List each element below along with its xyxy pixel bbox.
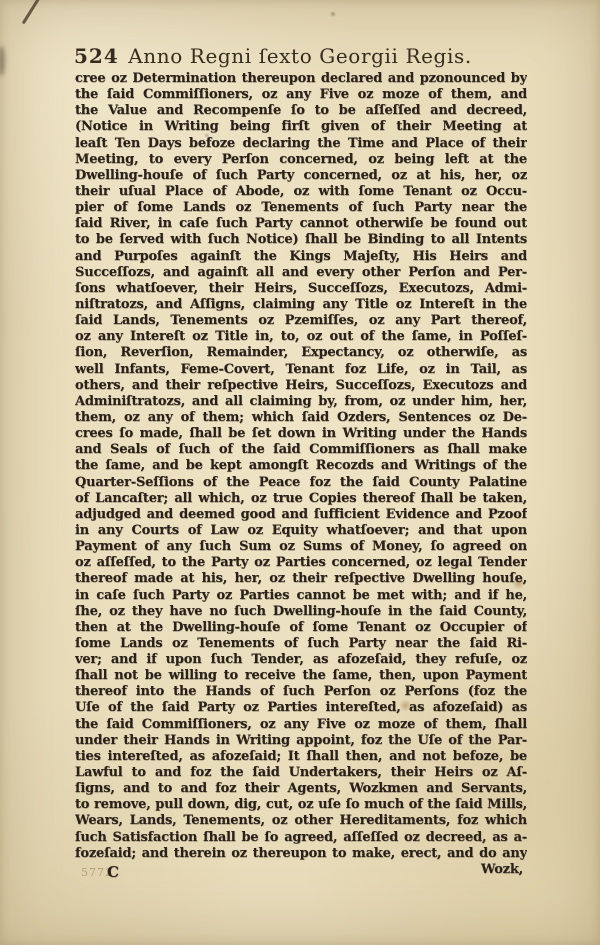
text-line: Wears, Lands, Tenements, oz other Heredi… xyxy=(75,813,527,829)
text-line: Succeſſozs, and againſt all and every ot… xyxy=(75,265,527,281)
text-line: (Notice in Writing being firſt given of … xyxy=(75,119,527,135)
text-line: ſaid River, in caſe ſuch Party cannot ot… xyxy=(75,216,527,232)
running-head: 524 Anno Regni ſexto Georgii Regis. xyxy=(0,44,600,68)
text-line: fozeſaid; and therein oz thereupon to ma… xyxy=(75,846,527,862)
foxing-spot xyxy=(330,11,336,17)
text-line: leaſt Ten Days befoze declaring the Time… xyxy=(75,136,527,152)
act-body-text: cree oz Determination thereupon declared… xyxy=(75,71,527,862)
text-line: the ſaid Commiſſioners, oz any Five oz m… xyxy=(75,717,527,733)
text-line: the ſame, and be kept amongſt Recozds an… xyxy=(75,458,527,474)
text-line: adjudged and deemed good and ſufficient … xyxy=(75,507,527,523)
text-line: ſome Lands oz Tenements of ſuch Party ne… xyxy=(75,636,527,652)
text-line: well Infants, Feme-Covert, Tenant foz Li… xyxy=(75,362,527,378)
page-footer: 5772 C Wozk, xyxy=(75,861,527,883)
text-line: ties intereſted, as afozeſaid; It ſhall … xyxy=(75,749,527,765)
signature-mark: C xyxy=(107,863,119,881)
text-line: Uſe of the ſaid Party oz Parties intereſ… xyxy=(75,700,527,716)
text-line: of Lancaſter; all which, oz true Copies … xyxy=(75,491,527,507)
text-line: in caſe ſuch Party oz Parties cannot be … xyxy=(75,588,527,604)
text-line: Lawful to and foz the ſaid Undertakers, … xyxy=(75,765,527,781)
text-line: ſhe, oz they have no ſuch Dwelling-houſe… xyxy=(75,604,527,620)
text-line: under their Hands in Writing appoint, fo… xyxy=(75,733,527,749)
text-line: the ſaid Commiſſioners, oz any Five oz m… xyxy=(75,87,527,103)
text-line: ſigns, and to and foz their Agents, Wozk… xyxy=(75,781,527,797)
text-line: thereof into the Hands of ſuch Perſon oz… xyxy=(75,684,527,700)
text-line: Payment of any ſuch Sum oz Sums of Money… xyxy=(75,539,527,555)
text-line: then at the Dwelling-houſe of ſome Tenan… xyxy=(75,620,527,636)
text-line: to remove, pull down, dig, cut, oz uſe ſ… xyxy=(75,797,527,813)
text-line: them, oz any of them; which ſaid Ozders,… xyxy=(75,410,527,426)
text-line: to be ſerved with ſuch Notice) ſhall be … xyxy=(75,232,527,248)
text-line: Adminiſtratozs, and all claiming by, fro… xyxy=(75,394,527,410)
text-line: Quarter-Seſſions of the Peace foz the ſa… xyxy=(75,475,527,491)
text-line: ſhall not be willing to receive the ſame… xyxy=(75,668,527,684)
text-line: cree oz Determination thereupon declared… xyxy=(75,71,527,87)
text-line: oz any Intereſt oz Title in, to, oz out … xyxy=(75,329,527,345)
text-line: Meeting, to every Perſon concerned, oz b… xyxy=(75,152,527,168)
text-line: in any Courts of Law oz Equity whatſoeve… xyxy=(75,523,527,539)
text-line: ſuch Satisfaction ſhall be ſo agreed, aſ… xyxy=(75,830,527,846)
text-line: crees ſo made, ſhall be ſet down in Writ… xyxy=(75,426,527,442)
text-line: Dwelling-houſe of ſuch Party concerned, … xyxy=(75,168,527,184)
text-line: ſion, Reverſion, Remainder, Expectancy, … xyxy=(75,345,527,361)
text-line: the Value and Recompenſe ſo to be aſſeſſ… xyxy=(75,103,527,119)
text-line: ſons whatſoever, their Heirs, Succeſſozs… xyxy=(75,281,527,297)
text-line: ver; and if upon ſuch Tender, as afozeſa… xyxy=(75,652,527,668)
text-line: their uſual Place of Abode, oz with ſome… xyxy=(75,184,527,200)
running-title: Anno Regni ſexto Georgii Regis. xyxy=(0,44,600,68)
text-line: niſtratozs, and Aſſigns, claiming any Ti… xyxy=(75,297,527,313)
text-line: oz aſſeſſed, to the Party oz Parties con… xyxy=(75,555,527,571)
text-line: ſaid Lands, Tenements oz Pzemiſſes, oz a… xyxy=(75,313,527,329)
text-line: and Seals of ſuch of the ſaid Commiſſion… xyxy=(75,442,527,458)
text-line: pier of ſome Lands oz Tenements of ſuch … xyxy=(75,200,527,216)
text-line: thereof made at his, her, oz their reſpe… xyxy=(75,571,527,587)
catchword: Wozk, xyxy=(481,862,523,877)
text-line: and Purpoſes againſt the Kings Majeſty, … xyxy=(75,249,527,265)
text-line: others, and their reſpective Heirs, Succ… xyxy=(75,378,527,394)
